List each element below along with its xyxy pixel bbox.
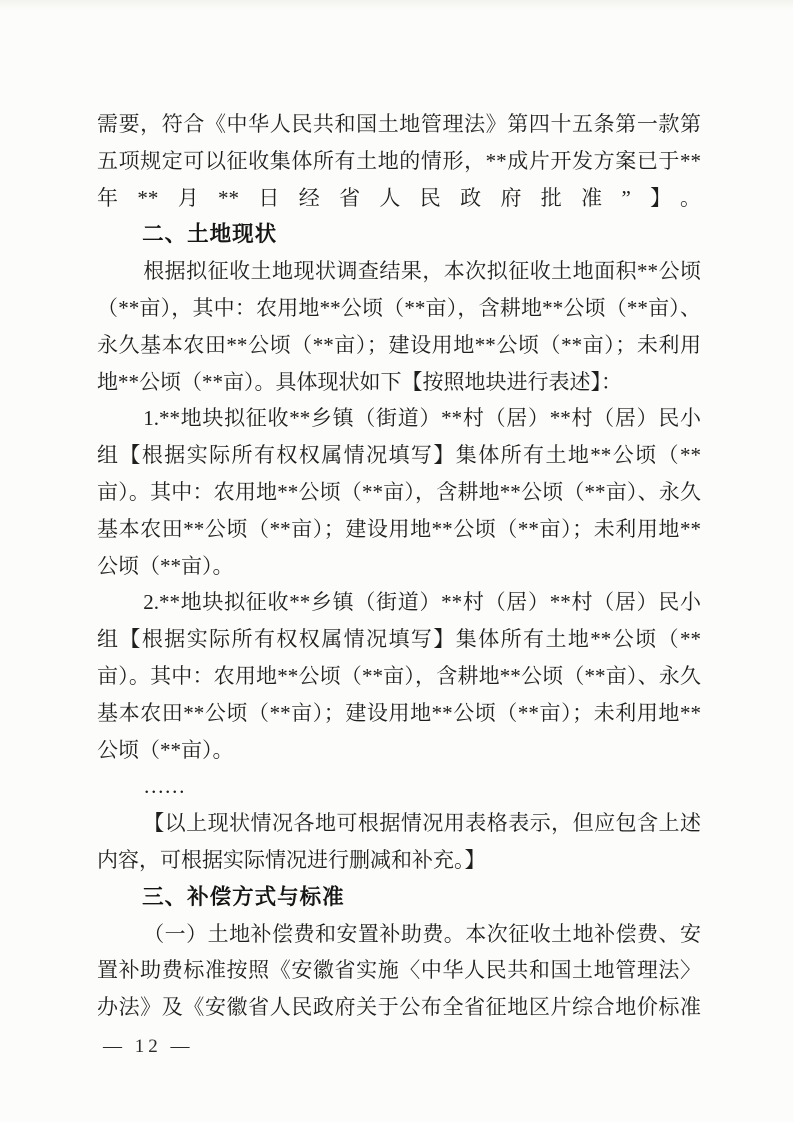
para-table-note: 【以上现状情况各地可根据情况用表格表示，但应包含上述内容，可根据实际情况进行删减… bbox=[97, 805, 701, 879]
para-parcel-2: 2.**地块拟征收**乡镇（街道）**村（居）**村（居）民小组【根据实际所有权… bbox=[97, 584, 701, 768]
para-intro-continued: 需要，符合《中华人民共和国土地管理法》第四十五条第一款第五项规定可以征收集体所有… bbox=[97, 106, 701, 216]
para-ellipsis: …… bbox=[97, 768, 701, 805]
document-body: 需要，符合《中华人民共和国土地管理法》第四十五条第一款第五项规定可以征收集体所有… bbox=[97, 106, 701, 1026]
document-page: 需要，符合《中华人民共和国土地管理法》第四十五条第一款第五项规定可以征收集体所有… bbox=[0, 0, 793, 1122]
para-compensation-fees: （一）土地补偿费和安置补助费。本次征收土地补偿费、安置补助费标准按照《安徽省实施… bbox=[97, 916, 701, 1026]
page-number: — 12 — bbox=[103, 1036, 194, 1058]
para-land-status-summary: 根据拟征收土地现状调查结果，本次拟征收土地面积**公顷（**亩），其中：农用地*… bbox=[97, 253, 701, 400]
heading-compensation: 三、补偿方式与标准 bbox=[97, 879, 701, 916]
para-parcel-1: 1.**地块拟征收**乡镇（街道）**村（居）**村（居）民小组【根据实际所有权… bbox=[97, 400, 701, 584]
heading-land-status: 二、土地现状 bbox=[97, 216, 701, 253]
